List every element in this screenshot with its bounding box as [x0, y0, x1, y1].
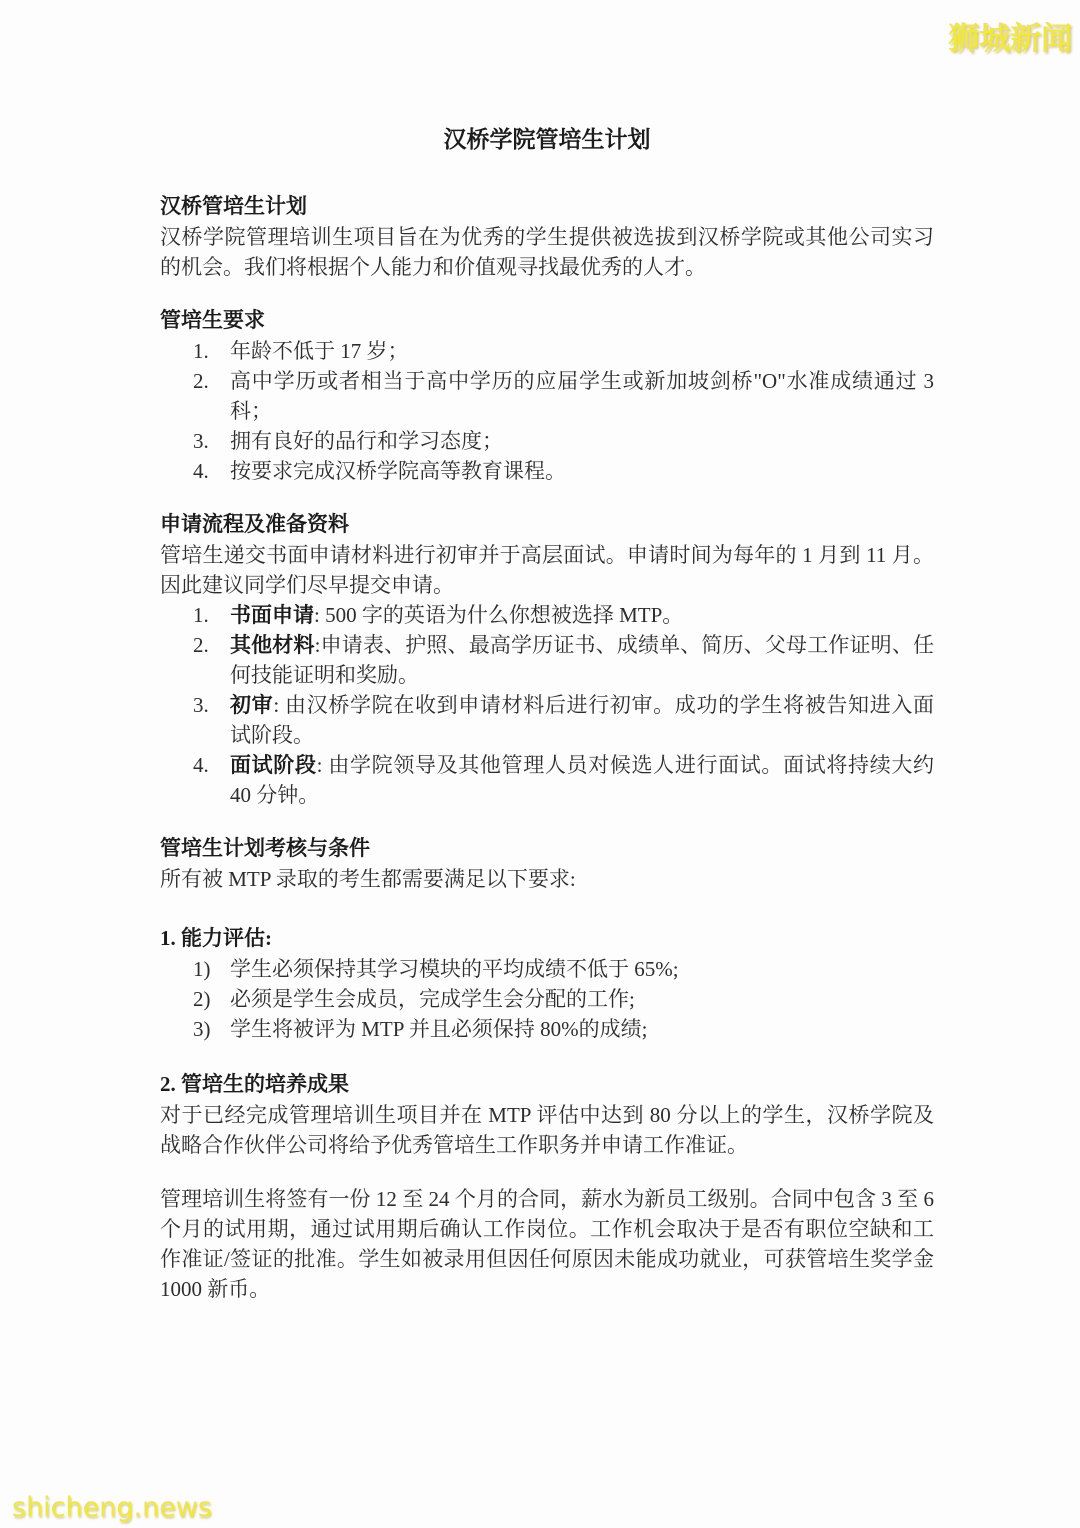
section-heading-ability: 1. 能力评估: — [160, 924, 934, 952]
list-item: 4. 按要求完成汉桥学院高等教育课程。 — [160, 456, 934, 486]
list-item-text: 书面申请: 500 字的英语为什么你想被选择 MTP。 — [230, 603, 683, 627]
term-description: : 500 字的英语为什么你想被选择 MTP。 — [314, 603, 683, 627]
paragraph-assessment: 所有被 MTP 录取的考生都需要满足以下要求: — [160, 864, 934, 894]
list-number: 2. — [193, 630, 209, 660]
section-heading-requirements: 管培生要求 — [160, 306, 934, 334]
paragraph-contract: 管理培训生将签有一份 12 至 24 个月的合同，薪水为新员工级别。合同中包含 … — [160, 1184, 934, 1304]
list-number: 4. — [193, 750, 209, 780]
section-heading-assessment: 管培生计划考核与条件 — [160, 834, 934, 862]
section-assessment: 管培生计划考核与条件 所有被 MTP 录取的考生都需要满足以下要求: — [160, 834, 934, 894]
list-number: 3) — [193, 1014, 211, 1044]
page-title: 汉桥学院管培生计划 — [160, 126, 934, 154]
list-item-text: 必须是学生会成员，完成学生会分配的工作; — [230, 987, 635, 1011]
section-ability: 1. 能力评估: 1) 学生必须保持其学习模块的平均成绩不低于 65%; 2) … — [160, 924, 934, 1044]
list-item-text: 拥有良好的品行和学习态度； — [230, 429, 503, 453]
section-heading-intro: 汉桥管培生计划 — [160, 192, 934, 220]
list-item: 2. 高中学历或者相当于高中学历的应届学生或新加坡剑桥"O"水准成绩通过 3 科… — [160, 366, 934, 426]
paragraph-intro: 汉桥学院管理培训生项目旨在为优秀的学生提供被选拔到汉桥学院或其他公司实习的机会。… — [160, 222, 934, 282]
list-item: 2. 其他材料:申请表、护照、最高学历证书、成绩单、简历、父母工作证明、任何技能… — [160, 630, 934, 690]
list-item-text: 年龄不低于 17 岁； — [230, 339, 409, 363]
section-heading-application: 申请流程及准备资料 — [160, 510, 934, 538]
list-number: 2) — [193, 984, 211, 1014]
section-application: 申请流程及准备资料 管培生递交书面申请材料进行初审并于高层面试。申请时间为每年的… — [160, 510, 934, 810]
paragraph-outcome: 对于已经完成管理培训生项目并在 MTP 评估中达到 80 分以上的学生，汉桥学院… — [160, 1100, 934, 1160]
document-page: 狮城新闻 汉桥学院管培生计划 汉桥管培生计划 汉桥学院管理培训生项目旨在为优秀的… — [0, 0, 1080, 1528]
list-item: 1. 书面申请: 500 字的英语为什么你想被选择 MTP。 — [160, 600, 934, 630]
term-description: : 由汉桥学院在收到申请材料后进行初审。成功的学生将被告知进入面试阶段。 — [230, 693, 934, 747]
watermark-shicheng-xinwen: 狮城新闻 — [948, 13, 1072, 58]
watermark-shicheng-news: shicheng.news — [12, 1492, 212, 1523]
section-intro: 汉桥管培生计划 汉桥学院管理培训生项目旨在为优秀的学生提供被选拔到汉桥学院或其他… — [160, 192, 934, 282]
list-number: 4. — [193, 456, 209, 486]
bold-term: 初审 — [230, 693, 273, 717]
section-heading-outcome: 2. 管培生的培养成果 — [160, 1070, 934, 1098]
bold-term: 面试阶段 — [230, 753, 317, 777]
list-number: 3. — [193, 690, 209, 720]
list-item: 3. 拥有良好的品行和学习态度； — [160, 426, 934, 456]
list-number: 1) — [193, 954, 211, 984]
list-item: 3. 初审: 由汉桥学院在收到申请材料后进行初审。成功的学生将被告知进入面试阶段… — [160, 690, 934, 750]
list-item: 2) 必须是学生会成员，完成学生会分配的工作; — [160, 984, 934, 1014]
list-item-text: 初审: 由汉桥学院在收到申请材料后进行初审。成功的学生将被告知进入面试阶段。 — [230, 693, 934, 747]
list-item-text: 面试阶段: 由学院领导及其他管理人员对候选人进行面试。面试将持续大约 40 分钟… — [230, 753, 934, 807]
section-outcome: 2. 管培生的培养成果 对于已经完成管理培训生项目并在 MTP 评估中达到 80… — [160, 1070, 934, 1160]
list-number: 1. — [193, 336, 209, 366]
paragraph-application: 管培生递交书面申请材料进行初审并于高层面试。申请时间为每年的 1 月到 11 月… — [160, 540, 934, 600]
bold-term: 其他材料 — [230, 633, 315, 657]
term-description: :申请表、护照、最高学历证书、成绩单、简历、父母工作证明、任何技能证明和奖励。 — [230, 633, 934, 687]
list-item: 4. 面试阶段: 由学院领导及其他管理人员对候选人进行面试。面试将持续大约 40… — [160, 750, 934, 810]
term-description: : 由学院领导及其他管理人员对候选人进行面试。面试将持续大约 40 分钟。 — [230, 753, 934, 807]
list-item-text: 高中学历或者相当于高中学历的应届学生或新加坡剑桥"O"水准成绩通过 3 科； — [230, 369, 934, 423]
section-contract: 管理培训生将签有一份 12 至 24 个月的合同，薪水为新员工级别。合同中包含 … — [160, 1184, 934, 1304]
section-requirements: 管培生要求 1. 年龄不低于 17 岁； 2. 高中学历或者相当于高中学历的应届… — [160, 306, 934, 486]
bold-term: 书面申请 — [230, 603, 314, 627]
list-item-text: 学生必须保持其学习模块的平均成绩不低于 65%; — [230, 957, 679, 981]
list-number: 3. — [193, 426, 209, 456]
list-item: 1. 年龄不低于 17 岁； — [160, 336, 934, 366]
list-number: 2. — [193, 366, 209, 396]
list-item-text: 按要求完成汉桥学院高等教育课程。 — [230, 459, 566, 483]
list-item-text: 学生将被评为 MTP 并且必须保持 80%的成绩; — [230, 1017, 647, 1041]
list-item: 1) 学生必须保持其学习模块的平均成绩不低于 65%; — [160, 954, 934, 984]
list-item-text: 其他材料:申请表、护照、最高学历证书、成绩单、简历、父母工作证明、任何技能证明和… — [230, 633, 934, 687]
list-item: 3) 学生将被评为 MTP 并且必须保持 80%的成绩; — [160, 1014, 934, 1044]
list-number: 1. — [193, 600, 209, 630]
